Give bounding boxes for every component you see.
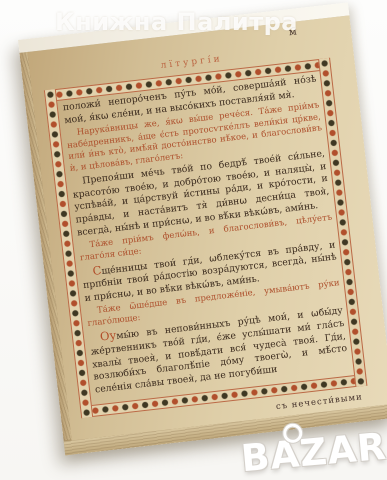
red-drop-initial: С [92,263,102,278]
bazar-logo-text: BAZAR [240,425,387,480]
bazar-logo: BAZAR [240,425,387,480]
page-text: положи́ непоро́ченъ пу́ть мо́й, соверша́… [62,74,350,407]
book-product-photo: лїтургі́и м̃ положи́ непоро́ченъ пу́ть м… [0,0,387,480]
book: лїтургі́и м̃ положи́ непоро́ченъ пу́ть м… [18,2,387,455]
red-drop-initial: Оу [99,328,117,344]
book-page: лїтургі́и м̃ положи́ непоро́ченъ пу́ть м… [27,15,387,440]
ornamental-border-frame: положи́ непоро́ченъ пу́ть мо́й, соверша́… [44,58,368,418]
bookstore-watermark: Книжна Палитра [55,8,298,36]
